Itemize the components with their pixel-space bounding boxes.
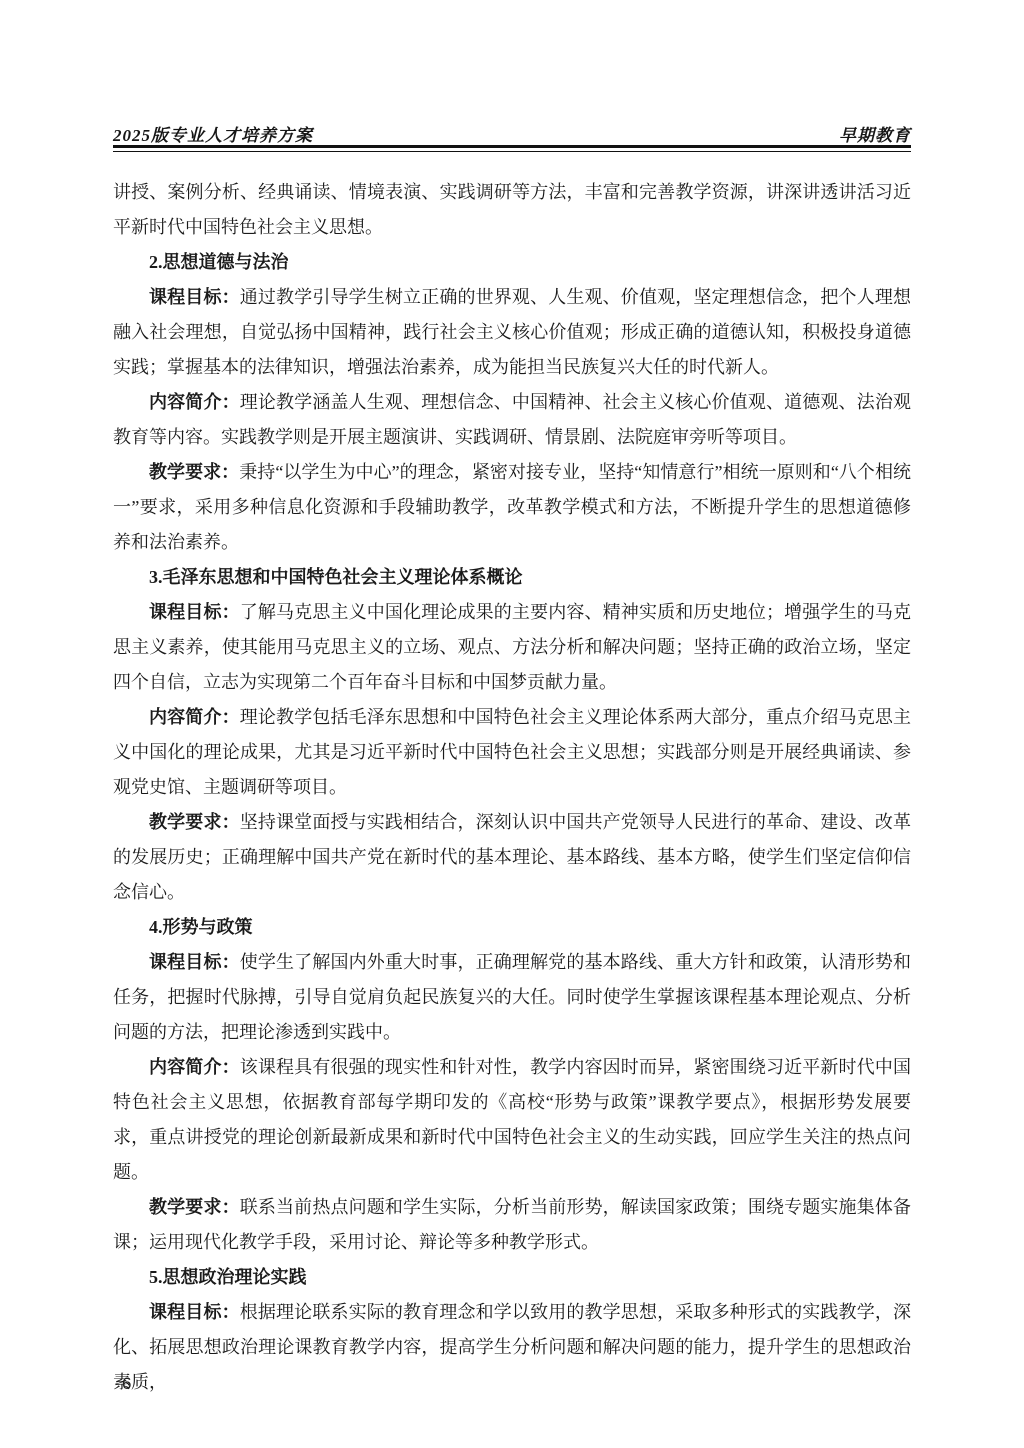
- header-rule-thick: [113, 145, 911, 148]
- section-paragraph: 教学要求：坚持课堂面授与实践相结合，深刻认识中国共产党领导人民进行的革命、建设、…: [113, 805, 911, 910]
- paragraph-label: 教学要求：: [149, 462, 239, 482]
- section-paragraph: 教学要求：秉持“以学生为中心”的理念，紧密对接专业，坚持“知情意行”相统一原则和…: [113, 455, 911, 560]
- header-right-title: 早期教育: [839, 121, 911, 146]
- paragraph-label: 教学要求：: [149, 812, 240, 832]
- section-paragraph: 内容简介：理论教学涵盖人生观、理想信念、中国精神、社会主义核心价值观、道德观、法…: [113, 385, 911, 455]
- section-paragraph: 教学要求：联系当前热点问题和学生实际，分析当前形势，解读国家政策；围绕专题实施集…: [113, 1190, 911, 1260]
- section-paragraph: 课程目标：使学生了解国内外重大时事，正确理解党的基本路线、重大方针和政策，认清形…: [113, 945, 911, 1050]
- sections-container: 2.思想道德与法治课程目标：通过教学引导学生树立正确的世界观、人生观、价值观，坚…: [113, 245, 911, 1400]
- header-rule-thin: [113, 151, 911, 152]
- document-page: 2025版专业人才培养方案 早期教育 讲授、案例分析、经典诵读、情境表演、实践调…: [0, 0, 1024, 1448]
- section-heading: 4.形势与政策: [113, 910, 911, 945]
- page-number: 6: [122, 1374, 131, 1393]
- paragraph-label: 课程目标：: [149, 952, 240, 972]
- paragraph-label: 内容简介：: [149, 1057, 240, 1077]
- paragraph-label: 课程目标：: [149, 602, 240, 622]
- paragraph-label: 内容简介：: [149, 707, 240, 727]
- section-paragraph: 课程目标：通过教学引导学生树立正确的世界观、人生观、价值观，坚定理想信念，把个人…: [113, 280, 911, 385]
- paragraph-label: 内容简介：: [149, 392, 240, 412]
- section-paragraph: 内容简介：理论教学包括毛泽东思想和中国特色社会主义理论体系两大部分，重点介绍马克…: [113, 700, 911, 805]
- header-left-title: 2025版专业人才培养方案: [113, 121, 313, 146]
- section-heading: 3.毛泽东思想和中国特色社会主义理论体系概论: [113, 560, 911, 595]
- paragraph-label: 课程目标：: [149, 1302, 240, 1322]
- section-heading: 5.思想政治理论实践: [113, 1260, 911, 1295]
- running-header: 2025版专业人才培养方案 早期教育: [113, 121, 911, 146]
- section-paragraph: 课程目标：了解马克思主义中国化理论成果的主要内容、精神实质和历史地位；增强学生的…: [113, 595, 911, 700]
- paragraph-label: 教学要求：: [149, 1197, 240, 1217]
- document-body: 讲授、案例分析、经典诵读、情境表演、实践调研等方法，丰富和完善教学资源，讲深讲透…: [113, 175, 911, 1400]
- section-paragraph: 内容简介：该课程具有很强的现实性和针对性，教学内容因时而异，紧密围绕习近平新时代…: [113, 1050, 911, 1190]
- continuation-paragraph: 讲授、案例分析、经典诵读、情境表演、实践调研等方法，丰富和完善教学资源，讲深讲透…: [113, 175, 911, 245]
- page-footer: 6: [122, 1374, 131, 1394]
- section-heading: 2.思想道德与法治: [113, 245, 911, 280]
- section-paragraph: 课程目标：根据理论联系实际的教育理念和学以致用的教学思想，采取多种形式的实践教学…: [113, 1295, 911, 1400]
- paragraph-label: 课程目标：: [149, 287, 240, 307]
